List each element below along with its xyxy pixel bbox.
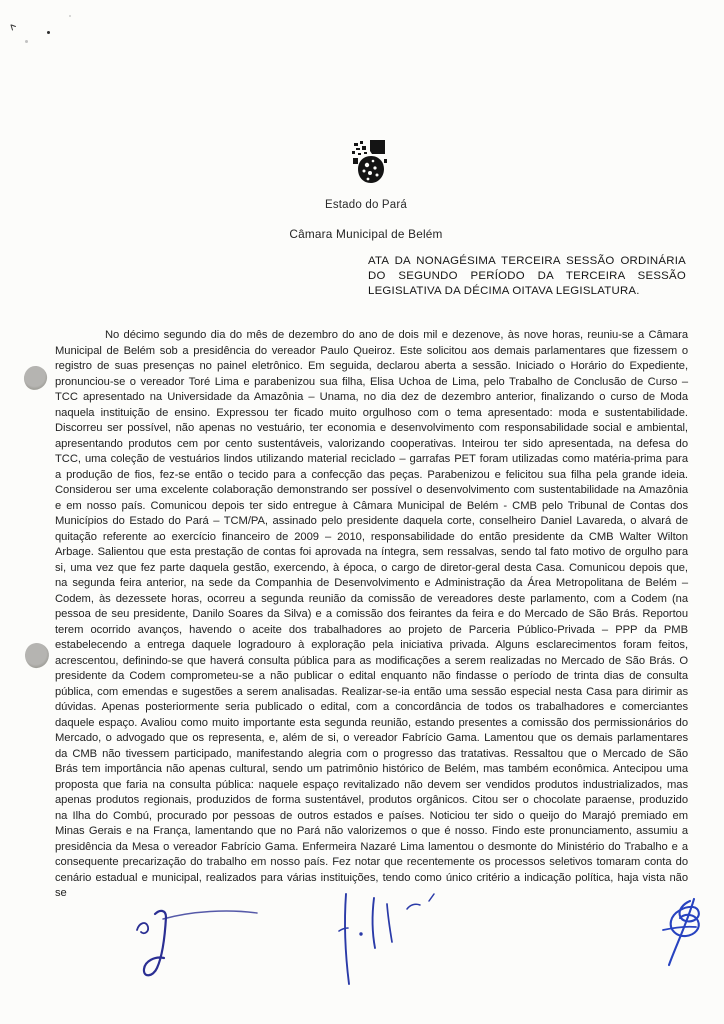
minutes-body-paragraph: No décimo segundo dia do mês de dezembro… bbox=[55, 328, 688, 902]
pen-mark bbox=[8, 22, 22, 36]
institution-name: Câmara Municipal de Belém bbox=[236, 227, 496, 241]
hole-punch bbox=[24, 642, 50, 669]
signatures-area bbox=[0, 880, 724, 1024]
session-title-line: ATA DA NONAGÉSIMA TERCEIRA SESSÃO ORDINÁ… bbox=[368, 254, 686, 269]
state-name: Estado do Pará bbox=[236, 199, 496, 211]
signature-right bbox=[663, 899, 699, 965]
session-title: ATA DA NONAGÉSIMA TERCEIRA SESSÃO ORDINÁ… bbox=[368, 254, 686, 300]
signature-left bbox=[137, 911, 257, 975]
ink-speck bbox=[25, 40, 28, 43]
hole-punch bbox=[22, 365, 48, 392]
session-title-line: LEGISLATIVA DA DÉCIMA OITAVA LEGISLATURA… bbox=[368, 284, 686, 299]
signature-middle bbox=[339, 894, 434, 984]
session-title-line: DO SEGUNDO PERÍODO DA TERCEIRA SESSÃO bbox=[368, 269, 686, 284]
coat-of-arms-icon bbox=[351, 139, 389, 186]
ink-speck bbox=[69, 15, 71, 17]
ink-speck bbox=[47, 31, 50, 34]
scanned-document-page: Estado do Pará Câmara Municipal de Belém… bbox=[0, 0, 724, 1024]
